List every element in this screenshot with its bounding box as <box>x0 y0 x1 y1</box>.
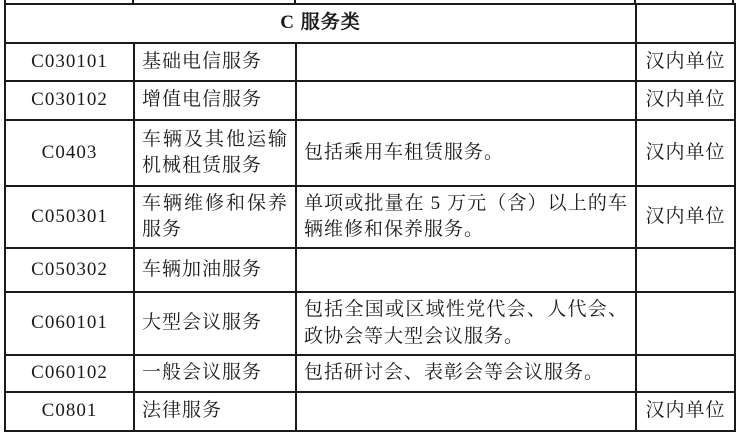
item-code: C050302 <box>5 248 134 292</box>
item-name: 一般会议服务 <box>134 355 296 392</box>
item-name: 车辆加油服务 <box>134 248 296 292</box>
item-code: C0801 <box>5 392 134 431</box>
table-row: C0403 车辆及其他运输机械租赁服务 包括乘用车租赁服务。 汉内单位 <box>5 120 735 186</box>
item-name: 车辆及其他运输机械租赁服务 <box>134 120 296 186</box>
table-row: C050302 车辆加油服务 <box>5 248 735 292</box>
item-description <box>296 392 636 431</box>
item-description: 包括研讨会、表彰会等会议服务。 <box>296 355 636 392</box>
item-code: C0403 <box>5 120 134 186</box>
table-header-row: C 服务类 <box>5 4 735 43</box>
item-name: 法律服务 <box>134 392 296 431</box>
item-code: C050301 <box>5 186 134 248</box>
table-row: C0801 法律服务 汉内单位 <box>5 392 735 431</box>
item-code: C060101 <box>5 292 134 355</box>
item-description <box>296 248 636 292</box>
service-category-table: C 服务类 C030101 基础电信服务 汉内单位 C030102 增值电信服务… <box>4 3 736 432</box>
table-row: C060102 一般会议服务 包括研讨会、表彰会等会议服务。 <box>5 355 735 392</box>
item-code: C030102 <box>5 81 134 120</box>
item-code: C060102 <box>5 355 134 392</box>
item-name: 车辆维修和保养服务 <box>134 186 296 248</box>
item-scope <box>636 292 735 355</box>
item-scope: 汉内单位 <box>636 392 735 431</box>
table-row: C060101 大型会议服务 包括全国或区域性党代会、人代会、政协会等大型会议服… <box>5 292 735 355</box>
item-scope: 汉内单位 <box>636 120 735 186</box>
category-header: C 服务类 <box>5 4 636 43</box>
item-scope <box>636 355 735 392</box>
item-scope <box>636 248 735 292</box>
table-row: C050301 车辆维修和保养服务 单项或批量在 5 万元（含）以上的车辆维修和… <box>5 186 735 248</box>
item-description: 单项或批量在 5 万元（含）以上的车辆维修和保养服务。 <box>296 186 636 248</box>
item-scope: 汉内单位 <box>636 43 735 81</box>
item-name: 大型会议服务 <box>134 292 296 355</box>
item-description: 包括乘用车租赁服务。 <box>296 120 636 186</box>
item-scope: 汉内单位 <box>636 81 735 120</box>
item-scope: 汉内单位 <box>636 186 735 248</box>
document-page: C 服务类 C030101 基础电信服务 汉内单位 C030102 增值电信服务… <box>0 0 744 441</box>
table-row: C030102 增值电信服务 汉内单位 <box>5 81 735 120</box>
table-row: C030101 基础电信服务 汉内单位 <box>5 43 735 81</box>
item-description: 包括全国或区域性党代会、人代会、政协会等大型会议服务。 <box>296 292 636 355</box>
item-description <box>296 43 636 81</box>
item-description <box>296 81 636 120</box>
header-scope-cell <box>636 4 735 43</box>
item-name: 基础电信服务 <box>134 43 296 81</box>
item-name: 增值电信服务 <box>134 81 296 120</box>
item-code: C030101 <box>5 43 134 81</box>
